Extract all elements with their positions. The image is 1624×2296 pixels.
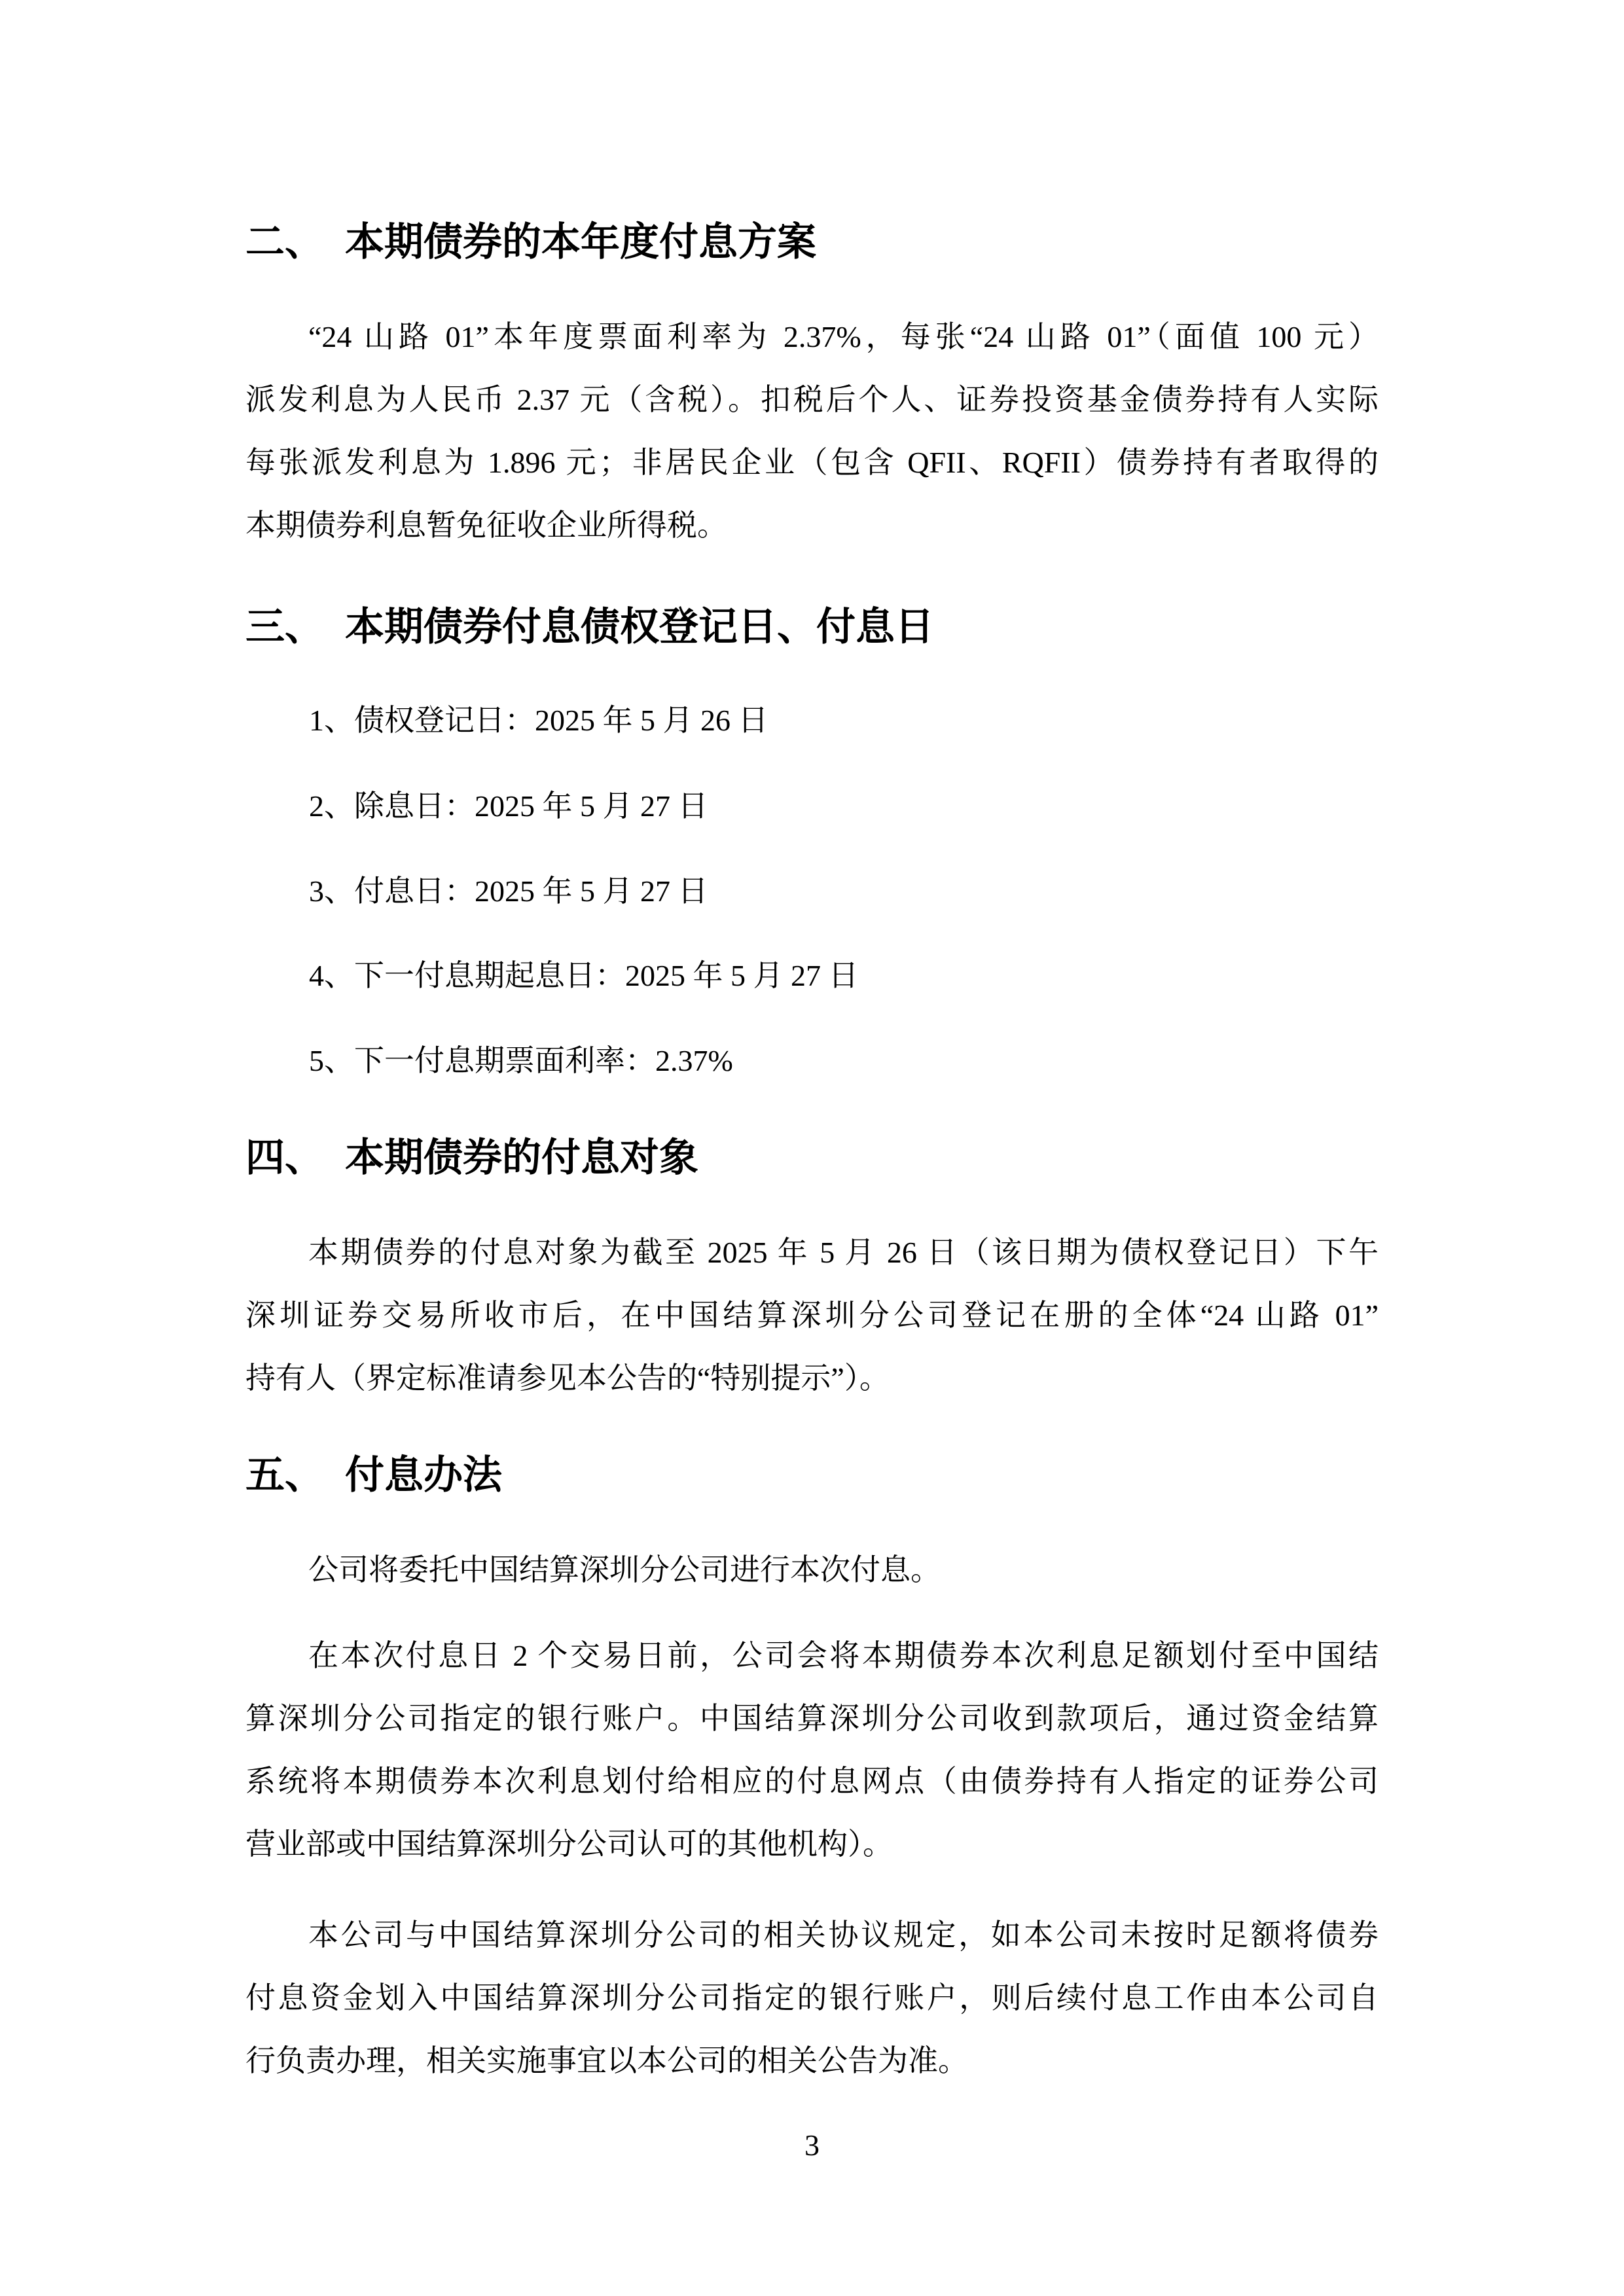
document-page: 二、本期债券的本年度付息方案 “24 山路 01”本年度票面利率为 2.37%，…	[0, 0, 1624, 2296]
section-4-title: 本期债券的付息对象	[345, 1136, 698, 1179]
section-5-heading: 五、付息办法	[245, 1444, 1379, 1507]
section-4-number: 四、	[245, 1126, 345, 1189]
section-2-paragraph-line-1: “24 山路 01”本年度票面利率为 2.37%，每张“24 山路 01”（面值…	[245, 306, 1379, 368]
section-3-number: 三、	[245, 596, 345, 658]
section-2-number: 二、	[245, 211, 345, 274]
section-5-paragraph-2-line-2: 算深圳分公司指定的银行账户。中国结算深圳分公司收到款项后，通过资金结算	[245, 1687, 1379, 1750]
list-item-2: 2、除息日：2025 年 5 月 27 日	[309, 775, 708, 838]
page-number: 3	[0, 2114, 1624, 2177]
list-item-3: 3、付息日：2025 年 5 月 27 日	[309, 860, 708, 923]
section-2-paragraph-line-3: 每张派发利息为 1.896 元；非居民企业（包含 QFII、RQFII）债券持有…	[245, 431, 1379, 494]
section-3-title: 本期债券付息债权登记日、付息日	[345, 605, 934, 649]
section-4-paragraph-line-2: 深圳证券交易所收市后，在中国结算深圳分公司登记在册的全体“24 山路 01”	[245, 1284, 1379, 1347]
list-item-4: 4、下一付息期起息日：2025 年 5 月 27 日	[309, 944, 859, 1007]
section-5-paragraph-2-line-4: 营业部或中国结算深圳分公司认可的其他机构）。	[245, 1813, 1379, 1876]
section-5-paragraph-1-line-1: 公司将委托中国结算深圳分公司进行本次付息。	[245, 1539, 1379, 1602]
section-2-paragraph-line-2: 派发利息为人民币 2.37 元（含税）。扣税后个人、证券投资基金债券持有人实际	[245, 368, 1379, 431]
list-item-1: 1、债权登记日：2025 年 5 月 26 日	[309, 689, 768, 752]
section-5-title: 付息办法	[345, 1454, 502, 1497]
section-3-heading: 三、本期债券付息债权登记日、付息日	[245, 596, 1379, 658]
section-5-number: 五、	[245, 1444, 345, 1507]
section-4-heading: 四、本期债券的付息对象	[245, 1126, 1379, 1189]
section-2-title: 本期债券的本年度付息方案	[345, 221, 816, 264]
section-5-paragraph-3-line-1: 本公司与中国结算深圳分公司的相关协议规定，如本公司未按时足额将债券	[245, 1904, 1379, 1967]
section-4-paragraph-line-3: 持有人（界定标准请参见本公告的“特别提示”）。	[245, 1347, 1379, 1410]
section-5-paragraph-3-line-3: 行负责办理，相关实施事宜以本公司的相关公告为准。	[245, 2030, 1379, 2092]
section-5-paragraph-2-line-1: 在本次付息日 2 个交易日前，公司会将本期债券本次利息足额划付至中国结	[245, 1624, 1379, 1687]
section-5-paragraph-2-line-3: 系统将本期债券本次利息划付给相应的付息网点（由债券持有人指定的证券公司	[245, 1750, 1379, 1813]
section-2-heading: 二、本期债券的本年度付息方案	[245, 211, 1379, 274]
section-2-paragraph-line-4: 本期债券利息暂免征收企业所得税。	[245, 494, 1379, 557]
section-4-paragraph-line-1: 本期债券的付息对象为截至 2025 年 5 月 26 日（该日期为债权登记日）下…	[245, 1221, 1379, 1284]
section-5-paragraph-3-line-2: 付息资金划入中国结算深圳分公司指定的银行账户，则后续付息工作由本公司自	[245, 1967, 1379, 2030]
list-item-5: 5、下一付息期票面利率：2.37%	[309, 1030, 733, 1092]
